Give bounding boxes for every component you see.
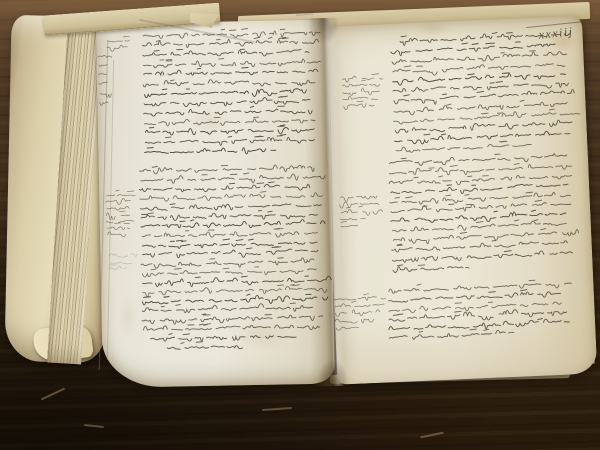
left-page-margin-note-faint bbox=[109, 253, 137, 269]
right-page-margin-note-2-line bbox=[341, 205, 383, 217]
left-page-paragraph-2-line bbox=[167, 341, 242, 350]
right-page-paragraph-1-line bbox=[393, 108, 580, 124]
right-page-margin-note-2 bbox=[339, 195, 383, 227]
right-page-paragraph-1-line bbox=[393, 59, 565, 77]
left-page-margin-note-mid-line bbox=[106, 211, 129, 220]
right-page-paragraph-3-line bbox=[389, 327, 514, 340]
left-page-margin-note-faint-line bbox=[110, 265, 127, 270]
left-page-margin-note-faint-line bbox=[109, 253, 137, 257]
right-page-paragraph-2-line bbox=[391, 180, 569, 197]
handwriting-overlay bbox=[0, 0, 600, 450]
right-page-paragraph-2-line bbox=[392, 248, 572, 264]
right-page-margin-note-1-line bbox=[343, 87, 380, 96]
left-page-paragraph-2-line bbox=[150, 331, 296, 342]
right-page-paragraph-2-line bbox=[391, 199, 571, 214]
right-page-paragraph-1-line bbox=[394, 87, 575, 106]
left-page-margin-symbols-line bbox=[99, 74, 107, 75]
right-page-paragraph-2-line bbox=[393, 262, 469, 273]
cover-stray-marks-line bbox=[296, 14, 313, 16]
left-page-margin-note-faint-line bbox=[111, 262, 132, 265]
left-page-paragraph-2-line bbox=[141, 209, 317, 221]
left-page-paragraph-2-line bbox=[141, 257, 314, 269]
left-page-paragraph-1-line bbox=[144, 96, 310, 108]
left-page-margin-note-mid-line bbox=[107, 223, 129, 230]
left-page-paragraph-2-line bbox=[140, 190, 323, 201]
left-page-paragraph-1-line bbox=[145, 134, 314, 147]
right-page-margin-note-1-line bbox=[342, 73, 383, 82]
right-page-paragraph-1-line bbox=[394, 98, 568, 115]
left-page-margin-note-mid-line bbox=[106, 198, 131, 204]
right-page-margin-note-3-line bbox=[336, 327, 358, 331]
right-page-paragraph-3-line bbox=[388, 288, 560, 304]
left-page-paragraph-1-line bbox=[143, 57, 320, 69]
left-page-paragraph-1-line bbox=[144, 66, 318, 77]
right-page-margin-note-3 bbox=[334, 293, 387, 330]
right-page-paragraph-2-line bbox=[392, 218, 566, 234]
left-page-paragraph-1-line bbox=[145, 145, 276, 156]
left-page-paragraph-1-line bbox=[143, 47, 309, 58]
left-page-margin-symbols-line bbox=[99, 65, 107, 67]
left-page-paragraph-2-line bbox=[139, 163, 314, 175]
left-page-paragraph-2-line bbox=[142, 275, 331, 288]
left-page-paragraph-1-line bbox=[144, 105, 313, 117]
left-page-margin-symbols-line bbox=[98, 56, 112, 58]
right-page-paragraph-2-line bbox=[389, 151, 567, 168]
photograph-open-manuscript: xxxiij bbox=[0, 0, 600, 450]
left-page-paragraph-2-line bbox=[142, 302, 312, 314]
left-page-paragraph-2-line bbox=[142, 293, 328, 306]
left-page-paragraph-2-line bbox=[141, 217, 325, 229]
left-page-paragraph-1-line bbox=[143, 77, 315, 89]
left-page-margin-note-mid-line bbox=[107, 190, 136, 196]
right-page-margin-note-1-line bbox=[343, 95, 378, 101]
right-page-paragraph-3-line bbox=[389, 278, 572, 296]
left-page-paragraph-1 bbox=[142, 27, 322, 156]
right-page-margin-note-3-line bbox=[335, 318, 374, 325]
right-page-paragraph-2 bbox=[388, 151, 580, 273]
left-page-margin-symbols-line bbox=[100, 102, 108, 106]
left-page-paragraph-1-line bbox=[143, 27, 320, 39]
right-page-margin-note-1-line bbox=[344, 101, 375, 110]
left-page-margin-symbols bbox=[98, 56, 112, 106]
right-page-paragraph-3-line bbox=[389, 298, 562, 314]
left-page-margin-note-mid-line bbox=[107, 206, 129, 210]
left-page-paragraph-2-line bbox=[142, 266, 316, 277]
right-page-margin-note-2-line bbox=[341, 221, 358, 227]
left-page-margin-symbols-line bbox=[99, 82, 108, 84]
left-page-paragraph-2 bbox=[139, 163, 333, 350]
right-page-paragraph-3-line bbox=[389, 307, 567, 324]
right-page-paragraph-1 bbox=[390, 29, 582, 153]
left-page-paragraph-2-line bbox=[142, 228, 317, 240]
left-page-paragraph-2-line bbox=[142, 237, 317, 249]
left-page-paragraph-2-line bbox=[142, 246, 318, 259]
right-page-paragraph-2-line bbox=[391, 208, 567, 226]
right-page-paragraph-3-line bbox=[389, 317, 570, 333]
right-page-paragraph-1-line bbox=[394, 128, 570, 145]
cover-stray-marks bbox=[296, 14, 313, 16]
left-page-margin-note-mid-line bbox=[108, 232, 126, 237]
left-page-margin-note-mid bbox=[105, 190, 136, 237]
right-page-margin-note-3-line bbox=[335, 300, 384, 308]
left-page-margin-note-top-line bbox=[107, 36, 129, 42]
left-page-paragraph-2-line bbox=[143, 322, 320, 333]
left-page-paragraph-2-line bbox=[139, 181, 309, 193]
right-page-margin-note-2-line bbox=[340, 195, 377, 201]
left-page-paragraph-1-line bbox=[145, 124, 314, 136]
right-page-paragraph-1-line bbox=[392, 49, 567, 65]
right-page-paragraph-3 bbox=[387, 278, 574, 341]
left-page-paragraph-2-line bbox=[140, 201, 321, 212]
left-page-margin-note-top bbox=[107, 36, 130, 51]
right-page-margin-note-3-line bbox=[335, 308, 380, 316]
right-page-margin-note-3-line bbox=[334, 293, 386, 302]
left-page-paragraph-1-line bbox=[142, 36, 318, 48]
left-page-paragraph-2-line bbox=[143, 284, 327, 297]
right-page-margin-note-1 bbox=[342, 73, 384, 109]
left-page-margin-symbols-line bbox=[100, 93, 111, 97]
left-page-paragraph-1-line bbox=[144, 116, 315, 127]
left-page-paragraph-2-line bbox=[142, 312, 323, 325]
right-page-margin-note-2-line bbox=[340, 218, 365, 221]
left-page-margin-note-top-line bbox=[107, 45, 128, 51]
